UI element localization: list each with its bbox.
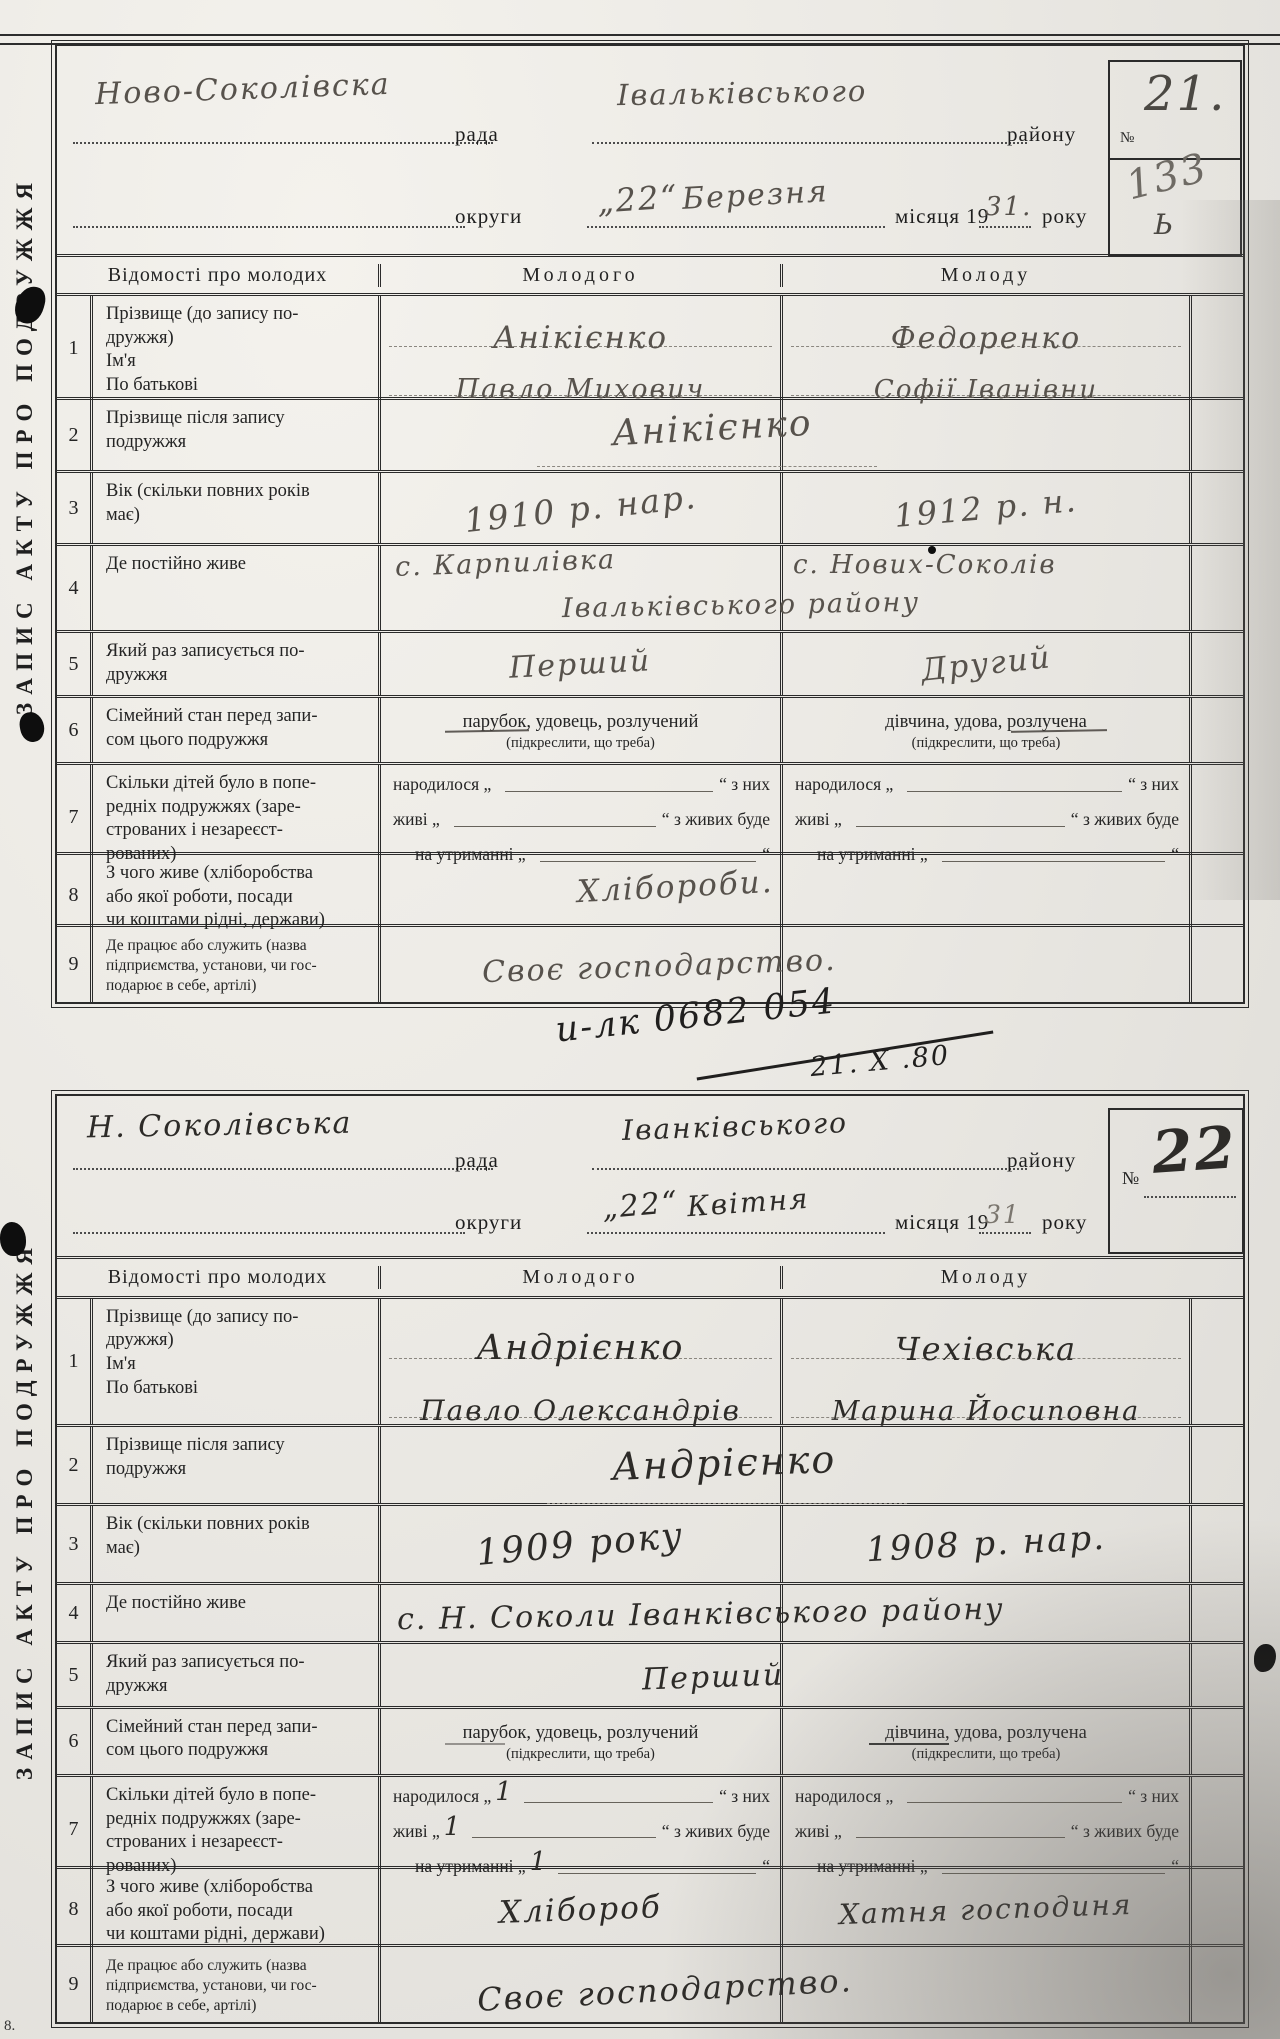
bride-status-options: дівчина, удова, розлучена (885, 1723, 1087, 1744)
row-label: Де постійно живе (90, 546, 378, 631)
margin-cell (1189, 1585, 1243, 1641)
margin-cell (1189, 1644, 1243, 1705)
write-line: Павло Михович (389, 351, 772, 397)
fill-line (592, 1168, 1027, 1170)
margin-cell (1189, 1427, 1243, 1503)
scanned-document-page: ЗАПИС АКТУ ПРО ПОДРУЖЖЯ ЗАПИС АКТУ ПРО П… (0, 0, 1280, 2039)
groom-cell: Хлібороб (378, 1869, 780, 1951)
table-row: 6 Сімейний стан перед запи- сом цього по… (57, 698, 1243, 765)
table-row: 5 Який раз записується по- дружжя Перший (57, 1644, 1243, 1708)
form2-record-number: 22 (1150, 1113, 1239, 1187)
bride-residence: с. Нових-Соколів (793, 550, 1056, 580)
blank-line (472, 1837, 656, 1838)
form1-table: Відомості про молодих Молодого Молоду 1 … (57, 254, 1243, 1002)
fill-line (979, 1232, 1031, 1234)
ink-blot (18, 710, 47, 744)
groom-surname: Андрієнко (477, 1328, 685, 1368)
table-row: 8 З чого живе (хліборобства або якої роб… (57, 1869, 1243, 1947)
kids-ofthem-label: “ з них (719, 1785, 770, 1809)
kids-born-label: народилося „ (393, 1785, 491, 1809)
table-row: 3 Вік (скільки повних років має) 1909 ро… (57, 1506, 1243, 1585)
form2-district-label: району (1007, 1148, 1076, 1173)
col-header-groom: Молодого (378, 264, 780, 287)
form2-year-label: року (1042, 1210, 1087, 1235)
form2-month-value: Квітня (686, 1182, 810, 1223)
table-row: 1 Прізвище (до запису по- дружжя) Ім'я П… (57, 296, 1243, 400)
row-number: 1 (57, 296, 90, 402)
row-number: 3 (57, 473, 90, 542)
form2-table: Відомості про молодих Молодого Молоду 1 … (57, 1256, 1243, 2022)
row-number: 1 (57, 1299, 90, 1425)
kids-alive2-label: “ з живих буде (1071, 1820, 1179, 1844)
form1-record-number: 21. (1144, 66, 1226, 122)
table-row: 8 З чого живе (хліборобства або якої роб… (57, 855, 1243, 927)
bride-cell (780, 855, 1189, 937)
form1-district-label: району (1007, 122, 1076, 147)
pencil-underline (869, 1743, 949, 1745)
write-line (547, 1503, 907, 1504)
marriage-record-form-2: Н. Соколівська рада Іванківського району… (55, 1094, 1245, 2024)
bride-children-cell: народилося „“ з них живі „“ з живих буде… (780, 1777, 1189, 1883)
fill-line (587, 1232, 885, 1234)
row-label: Вік (скільки повних років має) (90, 473, 378, 542)
groom-residence: с. Карпилівка (395, 544, 617, 583)
kids-born-label: народилося „ (393, 773, 491, 797)
side-label-top: ЗАПИС АКТУ ПРО ПОДРУЖЖЯ (12, 175, 38, 715)
kids-ofthem-label: “ з них (1128, 1785, 1179, 1809)
kids-alive2-label: “ з живих буде (1071, 808, 1179, 832)
groom-status-cell: парубок, удовець, розлучений (підкреслит… (378, 1709, 780, 1774)
row-label: Де працює або служить (назва підприємств… (90, 1947, 378, 2022)
kids-alive-value: 1 (444, 1810, 463, 1845)
form1-day-value: „22“ (596, 177, 680, 221)
underline-note: (підкреслити, що треба) (912, 1746, 1061, 1763)
row-label: Де постійно живе (90, 1585, 378, 1641)
groom-children-cell: народилося „1“ з них живі „1“ з живих бу… (378, 1777, 780, 1883)
row-label: Прізвище після запису подружжя (90, 400, 378, 470)
kids-alive2-label: “ з живих буде (662, 1820, 770, 1844)
margin-cell (1189, 698, 1243, 762)
groom-status-cell: парубок, удовець, розлучений (підкреслит… (378, 698, 780, 762)
blank-line (524, 1802, 713, 1803)
archival-note-code: и-лк 0682 054 (554, 981, 838, 1050)
form2-district-value: Іванківського (621, 1106, 848, 1147)
row-number: 7 (57, 1777, 90, 1883)
bride-cell: Чехівська Марина Йосиповна (780, 1299, 1189, 1425)
form2-okruha-label: округи (455, 1210, 522, 1235)
groom-birth-year: 1909 року (475, 1515, 686, 1574)
write-line: Павло Олександрів (389, 1364, 772, 1418)
form1-district-value: Івальківського (617, 74, 868, 112)
margin-cell (1189, 1777, 1243, 1883)
pencil-underline (445, 1743, 505, 1745)
kids-born-label: народилося „ (795, 1785, 893, 1809)
underline-note: (підкреслити, що треба) (912, 735, 1061, 752)
bride-marriage-count: Другий (919, 640, 1053, 689)
form1-record-number-box: № 21. 133 Ь (1108, 60, 1242, 256)
margin-cell (1189, 927, 1243, 1002)
ink-blot (0, 1222, 26, 1256)
row-number: 4 (57, 546, 90, 631)
row-label: Який раз записується по- дружжя (90, 1644, 378, 1705)
table-row: 2 Прізвище після запису подружжя Анікієн… (57, 400, 1243, 473)
number-sign: № (1122, 1168, 1139, 1189)
kids-alive-label: живі „ (795, 1820, 842, 1844)
married-surname-span: Андрієнко (611, 1437, 837, 1489)
col-header-info: Відомості про молодих (57, 264, 378, 287)
blank-line (454, 826, 656, 827)
row-label: З чого живе (хліборобства або якої робот… (90, 855, 378, 937)
write-line: Марина Йосиповна (791, 1364, 1181, 1418)
form1-secondary-number: 133 (1122, 145, 1213, 210)
blank-line (907, 791, 1122, 792)
write-line: Анікієнко (389, 302, 772, 348)
form2-record-number-box: № 22 (1108, 1108, 1244, 1254)
groom-cell: 1910 р. нар. (378, 473, 780, 542)
bride-birth-year: 1912 р. н. (893, 481, 1079, 535)
underline-note: (підкреслити, що треба) (506, 1746, 655, 1763)
kids-alive-label: живі „ (393, 1820, 440, 1844)
marriage-record-form-1: Ново-Соколівска рада Івальківського райо… (55, 44, 1245, 1004)
blank-line (856, 1837, 1065, 1838)
form1-header: Ново-Соколівска рада Івальківського райо… (57, 46, 1243, 254)
form1-year-value: 31. (985, 192, 1032, 222)
margin-cell (1189, 1869, 1243, 1951)
row-number: 9 (57, 1947, 90, 2022)
form2-council-label: рада (455, 1148, 499, 1173)
archival-note-date: 21. X .80 (809, 1040, 951, 1083)
write-line (537, 466, 877, 467)
bride-cell (780, 1427, 1189, 1503)
table-row: 5 Який раз записується по- дружжя Перший… (57, 633, 1243, 698)
row-number: 3 (57, 1506, 90, 1582)
row-number: 8 (57, 1869, 90, 1951)
margin-cell (1189, 546, 1243, 631)
bride-livelihood: Хатня господиня (839, 1888, 1133, 1931)
groom-livelihood: Хлібороб (499, 1889, 663, 1931)
kids-ofthem-label: “ з них (1128, 773, 1179, 797)
groom-cell: Андрієнко Павло Олександрів (378, 1299, 780, 1425)
row-number: 5 (57, 1644, 90, 1705)
form2-month-label: місяця 19 (895, 1210, 989, 1235)
fill-line (587, 226, 885, 228)
groom-cell: 1909 року (378, 1506, 780, 1582)
row-number: 4 (57, 1585, 90, 1641)
marriage-count-span: Перший (641, 1658, 784, 1698)
table-row: 9 Де працює або служить (назва підприємс… (57, 1947, 1243, 2022)
row-label: Прізвище після запису подружжя (90, 1427, 378, 1503)
form1-month-label: місяця 19 (895, 204, 989, 229)
margin-cell (1189, 400, 1243, 470)
table-row: 4 Де постійно живе с. Карпилівка с. Нови… (57, 546, 1243, 634)
row-label: Вік (скільки повних років має) (90, 1506, 378, 1582)
bride-cell (780, 400, 1189, 470)
margin-cell (1189, 1506, 1243, 1582)
col-header-bride: Молоду (780, 1266, 1189, 1289)
col-header-bride: Молоду (780, 264, 1189, 287)
groom-birth-year: 1910 р. нар. (462, 477, 698, 540)
groom-status-options: парубок, удовець, розлучений (463, 1723, 699, 1744)
row-label: Скільки дітей було в попе- редніх подруж… (90, 1777, 378, 1883)
row-label: Який раз записується по- дружжя (90, 633, 378, 695)
form2-header: Н. Соколівська рада Іванківського району… (57, 1096, 1243, 1256)
row-label: З чого живе (хліборобства або якої робот… (90, 1869, 378, 1951)
margin-cell (1189, 855, 1243, 937)
table-row: 1 Прізвище (до запису по- дружжя) Ім'я П… (57, 1299, 1243, 1428)
row-number: 2 (57, 400, 90, 470)
groom-name: Павло Олександрів (420, 1394, 741, 1427)
row-label: Сімейний стан перед запи- сом цього подр… (90, 1709, 378, 1774)
bride-cell: Хатня господиня (780, 1869, 1189, 1951)
form2-council-value: Н. Соколівська (87, 1106, 353, 1146)
fill-line (73, 226, 465, 228)
margin-cell (1189, 1947, 1243, 2022)
write-line: Софії Іванівни (791, 351, 1181, 397)
table-header-row: Відомості про молодих Молодого Молоду (57, 1259, 1243, 1299)
table-row: 7 Скільки дітей було в попе- редніх подр… (57, 1777, 1243, 1869)
col-header-info: Відомості про молодих (57, 1266, 378, 1289)
write-line: Андрієнко (389, 1305, 772, 1359)
archival-note: и-лк 0682 054 21. X .80 (555, 988, 995, 1083)
fill-line (73, 1168, 493, 1170)
kids-alive-label: живі „ (795, 808, 842, 832)
blank-line (907, 1802, 1122, 1803)
table-row: 3 Вік (скільки повних років має) 1910 р.… (57, 473, 1243, 545)
row-label: Де працює або служить (назва підприємств… (90, 927, 378, 1002)
blank-line (856, 826, 1065, 827)
ink-dot (928, 546, 936, 554)
kids-born-label: народилося „ (795, 773, 893, 797)
margin-cell (1189, 473, 1243, 542)
row-number: 2 (57, 1427, 90, 1503)
groom-cell: Анікієнко Павло Михович (378, 296, 780, 402)
form1-council-label: рада (455, 122, 499, 147)
row-number: 6 (57, 698, 90, 762)
row-label: Прізвище (до запису по- дружжя) Ім'я По … (90, 1299, 378, 1425)
bride-status-cell: дівчина, удова, розлучена (підкреслити, … (780, 1709, 1189, 1774)
row-number: 9 (57, 927, 90, 1002)
groom-cell: Перший (378, 633, 780, 695)
write-line: Федоренко (791, 302, 1181, 348)
form1-council-value: Ново-Соколівска (94, 67, 391, 112)
form2-day-value: „22“ (601, 1185, 681, 1227)
row-number: 6 (57, 1709, 90, 1774)
page-corner-mark: 8. (4, 2018, 15, 2035)
table-header-row: Відомості про молодих Молодого Молоду (57, 257, 1243, 296)
groom-marriage-count: Перший (509, 643, 653, 685)
fill-line (979, 226, 1031, 228)
blank-line (505, 791, 713, 792)
kids-born-value: 1 (495, 1775, 514, 1810)
underline-note: (підкреслити, що треба) (506, 735, 655, 752)
table-row: 7 Скільки дітей було в попе- редніх подр… (57, 765, 1243, 855)
kids-ofthem-label: “ з них (719, 773, 770, 797)
bride-cell: 1908 р. нар. (780, 1506, 1189, 1582)
col-header-groom: Молодого (378, 1266, 780, 1289)
write-line: Чехівська (791, 1305, 1181, 1359)
bride-name: Марина Йосиповна (832, 1396, 1140, 1427)
kids-alive2-label: “ з живих буде (662, 808, 770, 832)
bride-cell (780, 1644, 1189, 1705)
table-row: 6 Сімейний стан перед запи- сом цього по… (57, 1709, 1243, 1777)
row-label: Прізвище (до запису по- дружжя) Ім'я По … (90, 296, 378, 402)
bride-cell: Федоренко Софії Іванівни (780, 296, 1189, 402)
fill-line (592, 142, 1027, 144)
bride-status-cell: дівчина, удова, розлучена (підкреслити, … (780, 698, 1189, 762)
row-number: 8 (57, 855, 90, 937)
form1-year-label: року (1042, 204, 1087, 229)
number-sign: № (1120, 130, 1134, 147)
bride-birth-year: 1908 р. нар. (865, 1518, 1107, 1571)
form2-year-value: 31 (985, 1200, 1021, 1229)
margin-cell (1189, 296, 1243, 402)
margin-cell (1189, 633, 1243, 695)
margin-cell (1189, 1299, 1243, 1425)
fill-line (1144, 1196, 1236, 1198)
fill-line (73, 1232, 465, 1234)
table-row: 2 Прізвище після запису подружжя Андрієн… (57, 1427, 1243, 1506)
form1-month-value: Березня (681, 174, 829, 217)
form1-number-mark: Ь (1154, 208, 1175, 241)
bride-cell: 1912 р. н. (780, 473, 1189, 542)
row-number: 5 (57, 633, 90, 695)
table-row: 4 Де постійно живе с. Н. Соколи Іванківс… (57, 1585, 1243, 1644)
side-label-bottom: ЗАПИС АКТУ ПРО ПОДРУЖЖЯ (12, 1240, 38, 1780)
row-label: Сімейний стан перед запи- сом цього подр… (90, 698, 378, 762)
ink-blot (1254, 1644, 1276, 1672)
fill-line (73, 142, 493, 144)
bride-cell: Другий (780, 633, 1189, 695)
residence-district-span: Івальківського району (562, 587, 920, 624)
margin-cell (1189, 1709, 1243, 1774)
kids-alive-label: живі „ (393, 808, 440, 832)
form1-okruha-label: округи (455, 204, 522, 229)
